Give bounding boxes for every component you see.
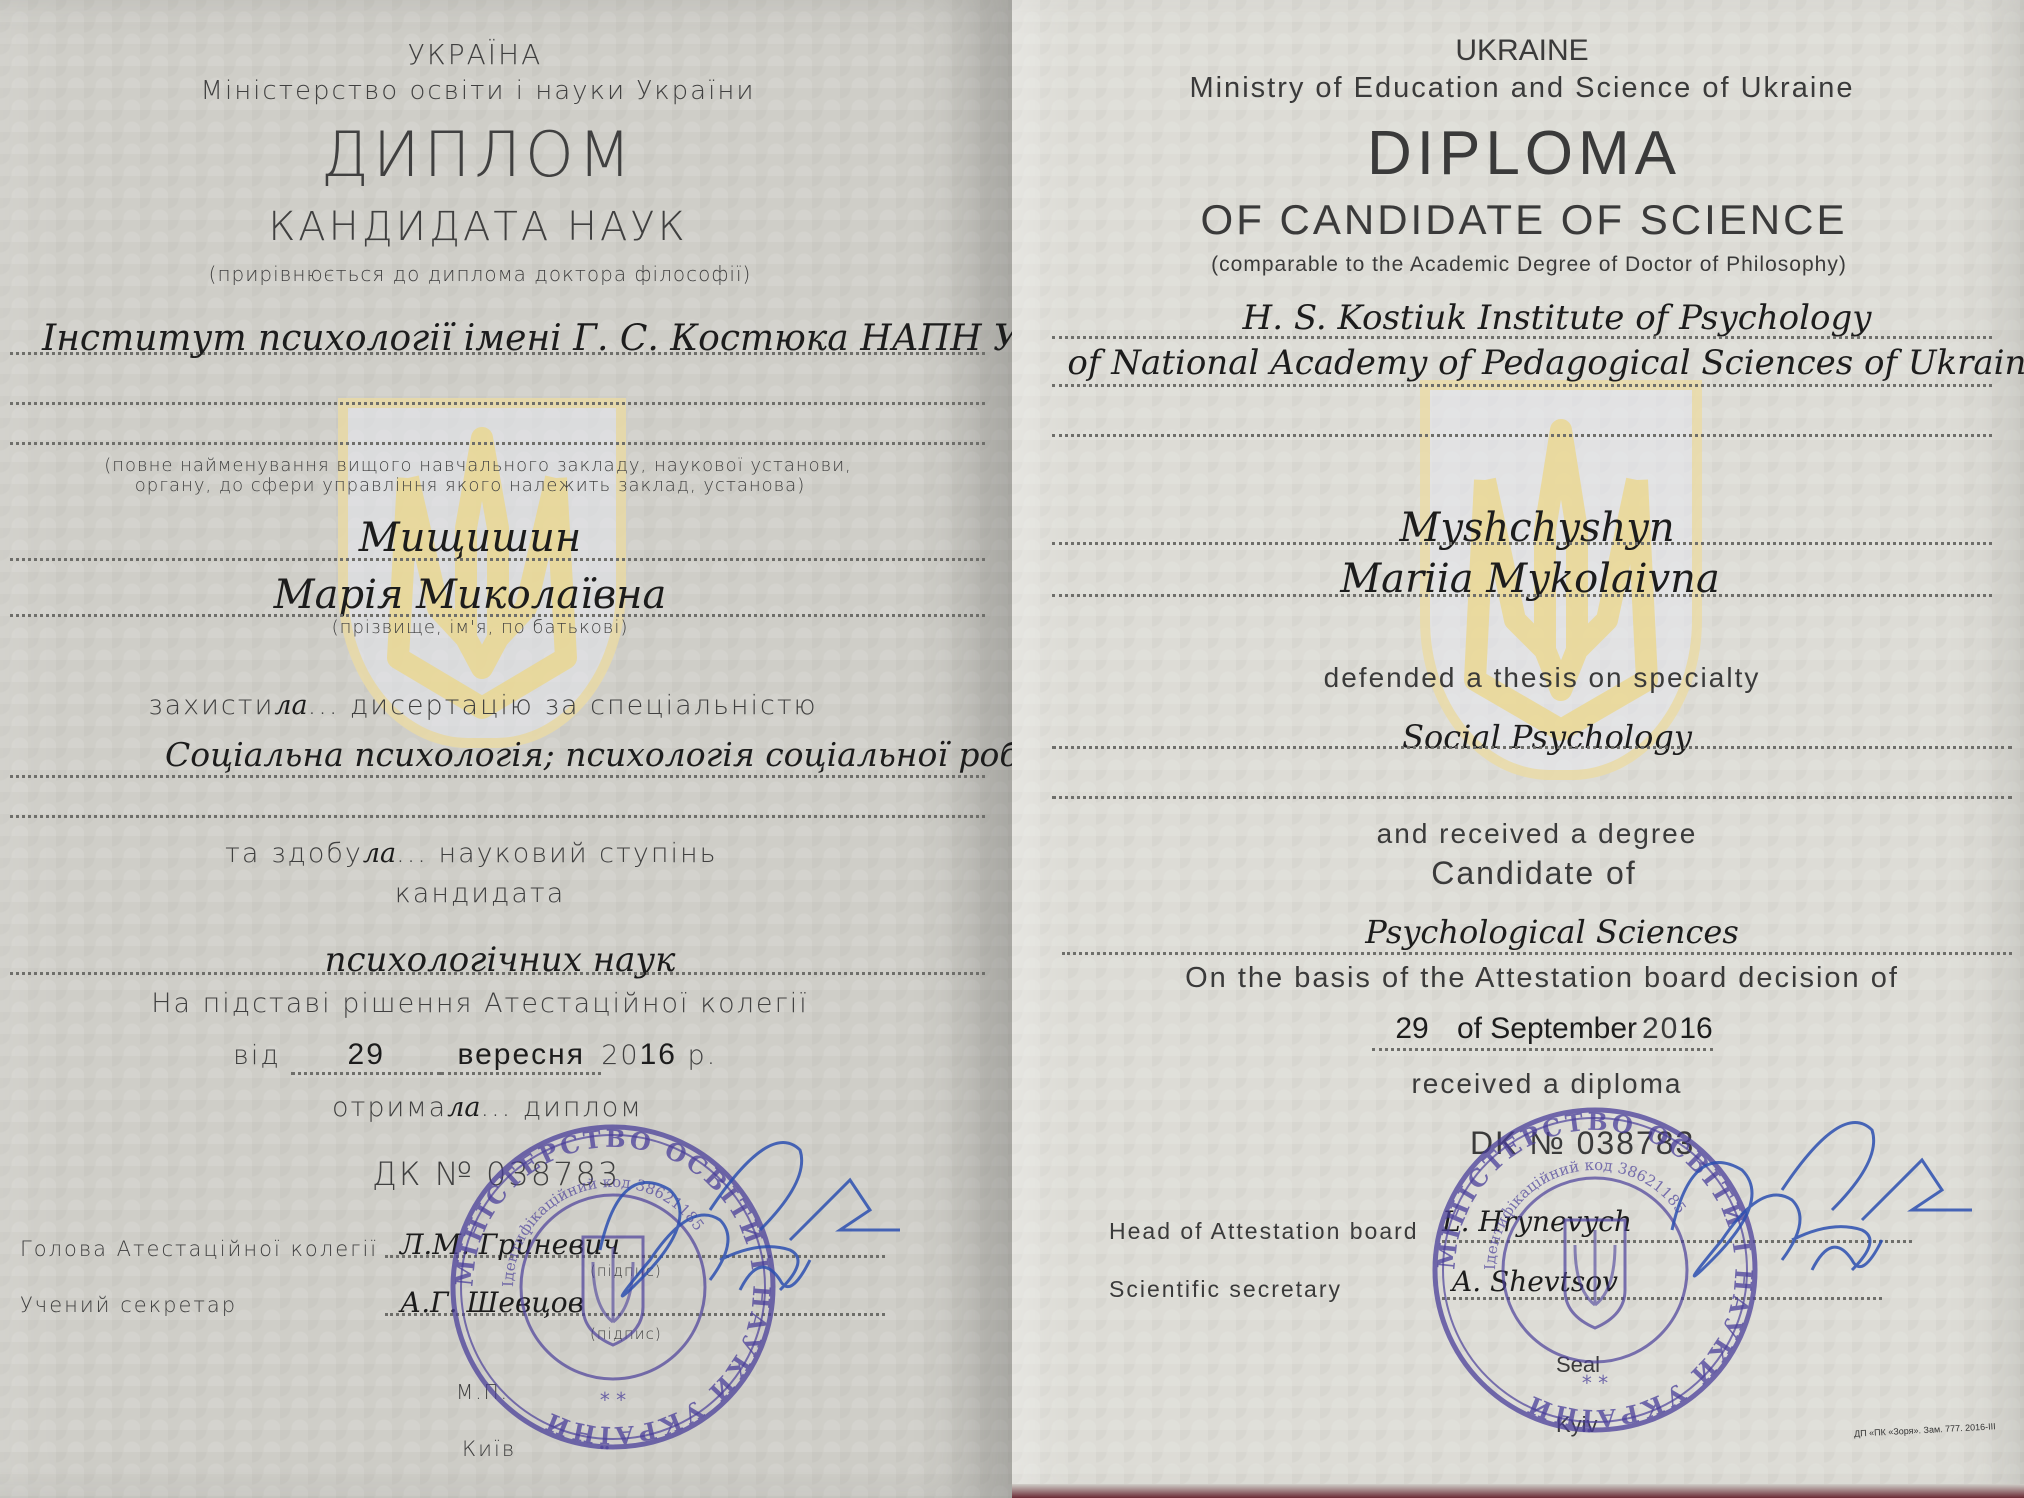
head-label: Голова Атестаційної колегії — [20, 1237, 378, 1261]
institution-caption-1: (повне найменування вищого навчального з… — [104, 455, 852, 476]
date-year-prefix: 20 — [601, 1040, 639, 1071]
received-text: received a diploma — [1411, 1068, 1682, 1100]
received-rest: диплом — [523, 1092, 643, 1123]
given-names: Марія Миколаївна — [274, 572, 667, 618]
country-heading: UKRAINE — [1455, 34, 1588, 68]
dotted-line — [10, 815, 985, 818]
left-page-ukrainian: УКРАЇНА Міністерство освіти і науки Укра… — [0, 0, 1012, 1498]
right-page-english: UKRAINE Ministry of Education and Scienc… — [1012, 0, 2024, 1498]
institution-line-2: of National Academy of Pedagogical Scien… — [1067, 343, 2024, 383]
date-prefix: від — [233, 1040, 281, 1071]
dotted-line — [1052, 746, 2012, 749]
degree-line: та здобула... науковий ступінь — [225, 838, 718, 869]
degree-word: Candidate of — [1431, 855, 1636, 892]
diploma-title: ДИПЛОМ — [321, 118, 635, 191]
degree-rest: науковий ступінь — [438, 838, 717, 869]
signature-scribble — [1632, 1110, 1972, 1320]
dotted-line — [1052, 796, 2012, 799]
degree-field: Psychological Sciences — [1365, 913, 1739, 951]
degree-prefix: та здобу — [225, 838, 363, 869]
basis-text: On the basis of the Attestation board de… — [1185, 962, 1899, 995]
secretary-label: Scientific secretary — [1109, 1276, 1342, 1303]
date-year-prefix: 20 — [1642, 1012, 1679, 1045]
diploma-title: DIPLOMA — [1367, 118, 1681, 189]
dotted-line — [1052, 434, 1992, 437]
gender-suffix: ла — [274, 690, 307, 721]
svg-text:* *: * * — [600, 1388, 626, 1412]
ministry-heading: Міністерство освіти і науки України — [201, 76, 756, 106]
printer-mark: ДП «ПК «Зоря». Зам. 777. 2016-III — [1854, 1421, 1996, 1438]
dotted-line — [1052, 542, 1992, 545]
secretary-label: Учений секретар — [20, 1293, 237, 1317]
degree-text: and received a degree — [1377, 818, 1698, 850]
ministry-heading: Ministry of Education and Science of Ukr… — [1189, 72, 1854, 105]
received-line: отримала... диплом — [332, 1092, 643, 1123]
surname: Мищишин — [359, 515, 582, 561]
signature-scribble — [560, 1130, 900, 1340]
diploma-subtitle: OF CANDIDATE OF SCIENCE — [1201, 196, 1848, 244]
dotted-line — [1052, 336, 1992, 339]
defended-prefix: захисти — [148, 690, 274, 721]
received-prefix: отрима — [332, 1092, 447, 1123]
date-year-unit: р. — [688, 1040, 718, 1071]
institution-line-1: H. S. Kostiuk Institute of Psychology — [1243, 298, 1872, 338]
basis-text: На підставі рішення Атестаційної колегії — [151, 988, 809, 1019]
dotted-line — [10, 558, 985, 561]
dotted-line — [10, 775, 985, 778]
diploma-subtitle: КАНДИДАТА НАУК — [268, 204, 687, 250]
institution-caption-2: органу, до сфери управління якого належи… — [135, 475, 805, 496]
date-line: 29of September2016 — [1372, 1012, 1713, 1051]
dotted-line — [10, 402, 985, 405]
dotted-line — [10, 972, 985, 975]
name-caption: (прізвище, ім'я, по батькові) — [332, 617, 629, 638]
equivalence-note: (прирівнюється до диплома доктора філосо… — [209, 262, 752, 286]
date-year-suffix: 16 — [1679, 1012, 1712, 1045]
date-day: 29 — [291, 1038, 441, 1075]
gender-suffix: ла — [363, 838, 396, 869]
institution-name: Інститут психології імені Г. С. Костюка … — [42, 318, 1012, 359]
defended-text: defended a thesis on specialty — [1324, 662, 1761, 694]
defended-line: захистила... дисертацію за спеціальністю — [148, 690, 818, 721]
dotted-line — [1062, 952, 2012, 955]
dotted-line — [10, 442, 985, 445]
svg-text:* *: * * — [1582, 1371, 1608, 1395]
defended-rest: дисертацію за спеціальністю — [350, 690, 818, 721]
head-label: Head of Attestation board — [1109, 1218, 1419, 1245]
date-month: of September — [1452, 1012, 1642, 1046]
specialty: Соціальна психологія; психологія соціаль… — [165, 735, 1012, 774]
equivalence-note: (comparable to the Academic Degree of Do… — [1211, 253, 1847, 277]
dotted-line — [1052, 384, 1992, 387]
date-month: вересня — [441, 1038, 601, 1075]
specialty: Social Psychology — [1402, 718, 1692, 756]
gender-suffix: ла — [447, 1092, 480, 1123]
date-line: від 29вересня2016 р. — [233, 1038, 717, 1075]
degree-word: кандидата — [395, 878, 566, 909]
dotted-line — [1052, 594, 1992, 597]
date-day: 29 — [1372, 1012, 1452, 1046]
country-heading: УКРАЇНА — [408, 38, 542, 71]
date-year-suffix: 16 — [640, 1038, 677, 1071]
